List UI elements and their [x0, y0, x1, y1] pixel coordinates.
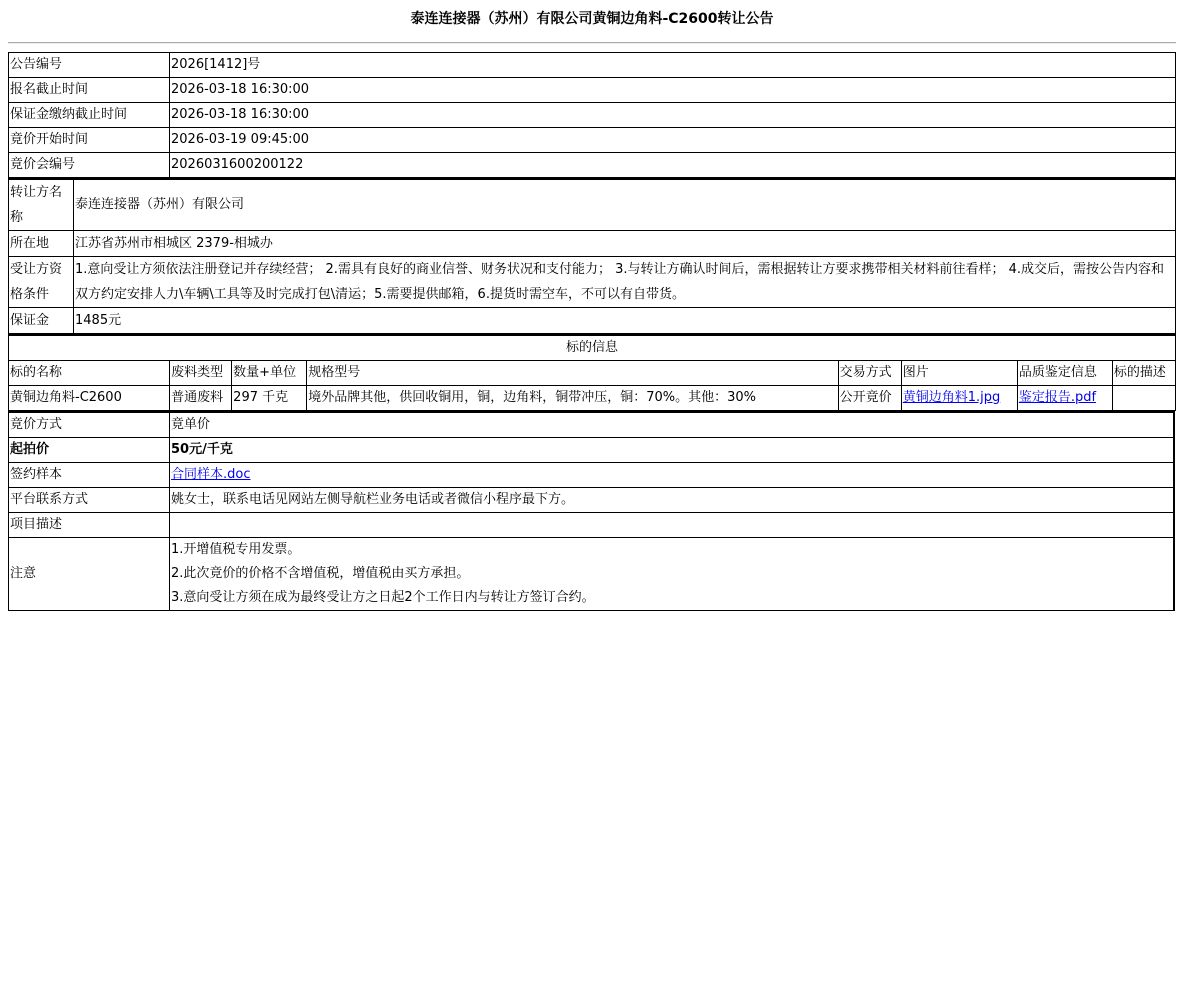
- info-row-announcement-no: 公告编号 2026[1412]号: [9, 53, 1176, 78]
- note-item: 1.开增值税专用发票。: [171, 538, 1172, 562]
- note-item: 2.此次竟价的价格不含增值税，增值税由买方承担。: [171, 562, 1172, 586]
- seller-name-value: 泰连连接器（苏州）有限公司: [74, 179, 1176, 231]
- info-label: 公告编号: [9, 53, 170, 78]
- items-table: 标的信息 标的名称 废料类型 数量+单位 规格型号 交易方式 图片 品质鉴定信息…: [8, 334, 1176, 411]
- info-row-bidding-start: 竟价开始时间 2026-03-19 09:45:00: [9, 128, 1176, 153]
- info-row-registration-deadline: 报名截止时间 2026-03-18 16:30:00: [9, 78, 1176, 103]
- info-value: 2026-03-18 16:30:00: [170, 78, 1176, 103]
- buyer-qualification-value: 1.意向受让方须依法注册登记并存续经营； 2.需具有良好的商业信誉、财务状况和支…: [74, 257, 1176, 308]
- info-row-session-no: 竟价会编号 2026031600200122: [9, 153, 1176, 178]
- seller-name-row: 转让方名称 泰连连接器（苏州）有限公司: [9, 179, 1176, 231]
- deposit-label: 保证金: [9, 308, 74, 334]
- contract-sample-link[interactable]: 合同样本.doc: [171, 467, 251, 482]
- column-header: 数量+单位: [232, 361, 307, 386]
- column-header: 规格型号: [307, 361, 838, 386]
- notes-value: 1.开增值税专用发票。 2.此次竟价的价格不含增值税，增值税由买方承担。 3.意…: [170, 538, 1175, 611]
- contract-sample-cell: 合同样本.doc: [170, 463, 1175, 488]
- seller-name-label: 转让方名称: [9, 179, 74, 231]
- announcement-content: 公告编号 2026[1412]号 报名截止时间 2026-03-18 16:30…: [8, 52, 1176, 611]
- info-label: 竟价开始时间: [9, 128, 170, 153]
- info-value: 2026[1412]号: [170, 53, 1176, 78]
- item-trade-method: 公开竟价: [838, 386, 901, 411]
- item-image-cell: 黄铜边角料1.jpg: [901, 386, 1017, 411]
- notes-label: 注意: [9, 538, 170, 611]
- deposit-row: 保证金 1485元: [9, 308, 1176, 334]
- item-quality-cell: 鉴定报告.pdf: [1017, 386, 1112, 411]
- items-heading-row: 标的信息: [9, 335, 1176, 361]
- contract-sample-row: 签约样本 合同样本.doc: [9, 463, 1175, 488]
- column-header: 废料类型: [170, 361, 232, 386]
- note-item: 3.意向受让方须在成为最终受让方之日起2个工作日内与转让方签订合约。: [171, 586, 1172, 610]
- item-description: [1112, 386, 1175, 411]
- item-name: 黄铜边角料-C2600: [9, 386, 170, 411]
- info-label: 保证金缴纳截止时间: [9, 103, 170, 128]
- auction-method-value: 竟单价: [170, 412, 1175, 438]
- info-value: 2026-03-18 16:30:00: [170, 103, 1176, 128]
- start-price-label: 起拍价: [9, 438, 170, 463]
- contract-sample-label: 签约样本: [9, 463, 170, 488]
- quality-report-link[interactable]: 鉴定报告.pdf: [1019, 390, 1096, 405]
- platform-contact-label: 平台联系方式: [9, 488, 170, 513]
- info-label: 报名截止时间: [9, 78, 170, 103]
- column-header: 标的描述: [1112, 361, 1175, 386]
- platform-contact-value: 姚女士，联系电话见网站左侧导航栏业务电话或者微信小程序最下方。: [170, 488, 1175, 513]
- buyer-qualification-row: 受让方资格条件 1.意向受让方须依法注册登记并存续经营； 2.需具有良好的商业信…: [9, 257, 1176, 308]
- seller-info-table: 转让方名称 泰连连接器（苏州）有限公司 所在地 江苏省苏州市相城区 2379-相…: [8, 178, 1176, 334]
- table-row: 黄铜边角料-C2600 普通废料 297 千克 境外品牌其他，供回收铜用，铜，边…: [9, 386, 1176, 411]
- items-section-heading: 标的信息: [9, 335, 1176, 361]
- column-header: 图片: [901, 361, 1017, 386]
- column-header: 品质鉴定信息: [1017, 361, 1112, 386]
- deposit-value: 1485元: [74, 308, 1176, 334]
- seller-location-label: 所在地: [9, 231, 74, 257]
- column-header: 标的名称: [9, 361, 170, 386]
- start-price-row: 起拍价 50元/千克: [9, 438, 1175, 463]
- info-value: 2026-03-19 09:45:00: [170, 128, 1176, 153]
- basic-info-table: 公告编号 2026[1412]号 报名截止时间 2026-03-18 16:30…: [8, 52, 1176, 178]
- notes-row: 注意 1.开增值税专用发票。 2.此次竟价的价格不含增值税，增值税由买方承担。 …: [9, 538, 1175, 611]
- start-price-value: 50元/千克: [170, 438, 1175, 463]
- items-header-row: 标的名称 废料类型 数量+单位 规格型号 交易方式 图片 品质鉴定信息 标的描述: [9, 361, 1176, 386]
- seller-location-value: 江苏省苏州市相城区 2379-相城办: [74, 231, 1176, 257]
- item-spec: 境外品牌其他，供回收铜用，铜，边角料，铜带冲压，铜：70%。其他：30%: [307, 386, 838, 411]
- auction-method-label: 竟价方式: [9, 412, 170, 438]
- title-divider: [8, 42, 1176, 44]
- item-quantity: 297 千克: [232, 386, 307, 411]
- info-row-deposit-deadline: 保证金缴纳截止时间 2026-03-18 16:30:00: [9, 103, 1176, 128]
- column-header: 交易方式: [838, 361, 901, 386]
- project-description-label: 项目描述: [9, 513, 170, 538]
- auction-method-row: 竟价方式 竟单价: [9, 412, 1175, 438]
- page-title: 泰连连接器（苏州）有限公司黄铜边角料-C2600转让公告: [0, 0, 1184, 32]
- buyer-qualification-label: 受让方资格条件: [9, 257, 74, 308]
- info-value: 2026031600200122: [170, 153, 1176, 178]
- info-label: 竟价会编号: [9, 153, 170, 178]
- project-description-value: [170, 513, 1175, 538]
- platform-contact-row: 平台联系方式 姚女士，联系电话见网站左侧导航栏业务电话或者微信小程序最下方。: [9, 488, 1175, 513]
- project-description-row: 项目描述: [9, 513, 1175, 538]
- auction-info-table: 竟价方式 竟单价 起拍价 50元/千克 签约样本 合同样本.doc 平台联系方式…: [8, 411, 1175, 611]
- item-waste-type: 普通废料: [170, 386, 232, 411]
- item-image-link[interactable]: 黄铜边角料1.jpg: [903, 390, 1001, 405]
- seller-location-row: 所在地 江苏省苏州市相城区 2379-相城办: [9, 231, 1176, 257]
